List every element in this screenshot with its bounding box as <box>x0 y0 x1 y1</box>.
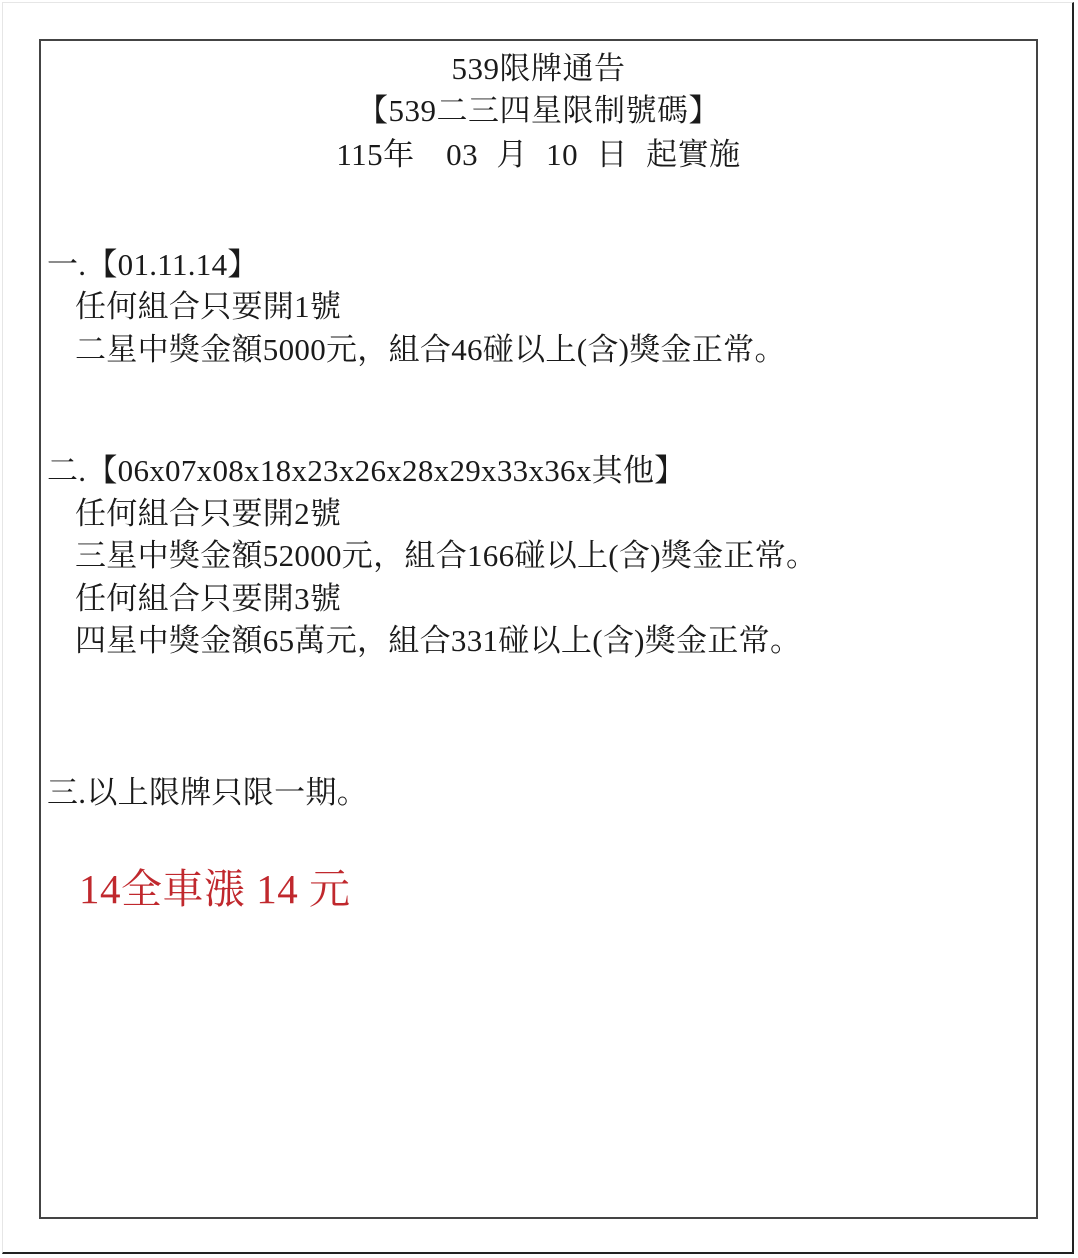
section-1-heading: 一.【01.11.14】 <box>47 247 259 283</box>
section-2-line-2: 三星中獎金額52000元，組合166碰以上(含)獎金正常。 <box>75 538 817 574</box>
notice-title: 539限牌通告 <box>41 51 1036 87</box>
price-increase-note: 14全車漲 14 元 <box>79 865 351 913</box>
section-1-line-1: 任何組合只要開1號 <box>75 289 341 325</box>
section-2-line-3: 任何組合只要開3號 <box>75 581 341 617</box>
section-2-heading: 二.【06x07x08x18x23x26x28x29x33x36x其他】 <box>47 453 686 489</box>
effective-date: 115年 03 月 10 日 起實施 <box>41 137 1036 173</box>
notice-subtitle: 【539二三四星限制號碼】 <box>41 93 1036 129</box>
section-2-line-1: 任何組合只要開2號 <box>75 496 341 532</box>
notice-document: 539限牌通告 【539二三四星限制號碼】 115年 03 月 10 日 起實施… <box>39 39 1038 1219</box>
section-3-heading: 三.以上限牌只限一期。 <box>47 775 368 811</box>
section-2-line-4: 四星中獎金額65萬元，組合331碰以上(含)獎金正常。 <box>75 623 801 659</box>
section-1-line-2: 二星中獎金額5000元，組合46碰以上(含)獎金正常。 <box>75 332 786 368</box>
